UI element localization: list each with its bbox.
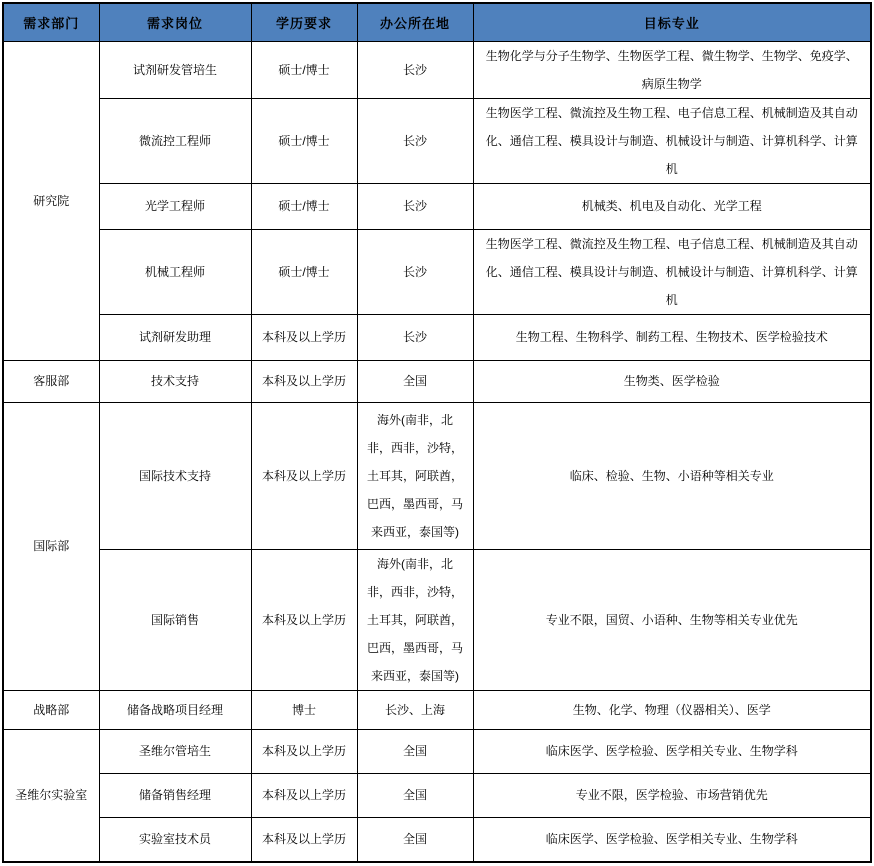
location-cell: 长沙 [357, 183, 473, 229]
location-cell: 长沙 [357, 314, 473, 360]
education-cell: 硕士/博士 [251, 41, 357, 98]
department-cell: 战略部 [3, 690, 99, 729]
location-cell: 长沙 [357, 98, 473, 183]
table-row: 圣维尔实验室圣维尔管培生本科及以上学历全国临床医学、医学检验、医学相关专业、生物… [3, 729, 871, 773]
majors-cell: 生物医学工程、微流控及生物工程、电子信息工程、机械制造及其自动化、通信工程、模具… [473, 98, 871, 183]
education-cell: 本科及以上学历 [251, 549, 357, 690]
header-row: 需求部门需求岗位学历要求办公所在地目标专业 [3, 3, 871, 41]
position-cell: 储备销售经理 [99, 773, 251, 817]
table-row: 机械工程师硕士/博士长沙生物医学工程、微流控及生物工程、电子信息工程、机械制造及… [3, 229, 871, 314]
table-row: 研究院试剂研发管培生硕士/博士长沙生物化学与分子生物学、生物医学工程、微生物学、… [3, 41, 871, 98]
department-cell: 圣维尔实验室 [3, 729, 99, 862]
table-row: 储备销售经理本科及以上学历全国专业不限，医学检验、市场营销优先 [3, 773, 871, 817]
location-cell: 海外(南非，北非，西非，沙特，土耳其，阿联酋，巴西，墨西哥，马来西亚，泰国等) [357, 402, 473, 549]
table-row: 国际销售本科及以上学历海外(南非，北非，西非，沙特，土耳其，阿联酋，巴西，墨西哥… [3, 549, 871, 690]
position-cell: 微流控工程师 [99, 98, 251, 183]
table-row: 战略部储备战略项目经理博士长沙、上海生物、化学、物理（仪器相关）、医学 [3, 690, 871, 729]
education-cell: 硕士/博士 [251, 229, 357, 314]
department-cell: 客服部 [3, 360, 99, 402]
position-cell: 机械工程师 [99, 229, 251, 314]
location-cell: 全国 [357, 817, 473, 862]
position-cell: 国际技术支持 [99, 402, 251, 549]
position-cell: 光学工程师 [99, 183, 251, 229]
department-cell: 研究院 [3, 41, 99, 360]
majors-cell: 机械类、机电及自动化、光学工程 [473, 183, 871, 229]
page: 需求部门需求岗位学历要求办公所在地目标专业 研究院试剂研发管培生硕士/博士长沙生… [0, 0, 874, 866]
header-cell-position: 需求岗位 [99, 3, 251, 41]
education-cell: 本科及以上学历 [251, 402, 357, 549]
education-cell: 硕士/博士 [251, 183, 357, 229]
majors-cell: 生物化学与分子生物学、生物医学工程、微生物学、生物学、免疫学、病原生物学 [473, 41, 871, 98]
majors-cell: 临床医学、医学检验、医学相关专业、生物学科 [473, 817, 871, 862]
location-cell: 全国 [357, 773, 473, 817]
location-cell: 长沙 [357, 229, 473, 314]
education-cell: 博士 [251, 690, 357, 729]
education-cell: 硕士/博士 [251, 98, 357, 183]
education-cell: 本科及以上学历 [251, 314, 357, 360]
header-cell-location: 办公所在地 [357, 3, 473, 41]
majors-cell: 生物类、医学检验 [473, 360, 871, 402]
table-row: 实验室技术员本科及以上学历全国临床医学、医学检验、医学相关专业、生物学科 [3, 817, 871, 862]
position-cell: 试剂研发助理 [99, 314, 251, 360]
location-cell: 长沙 [357, 41, 473, 98]
position-cell: 实验室技术员 [99, 817, 251, 862]
table-header: 需求部门需求岗位学历要求办公所在地目标专业 [3, 3, 871, 41]
location-cell: 全国 [357, 729, 473, 773]
position-cell: 试剂研发管培生 [99, 41, 251, 98]
header-cell-department: 需求部门 [3, 3, 99, 41]
position-cell: 圣维尔管培生 [99, 729, 251, 773]
table-row: 光学工程师硕士/博士长沙机械类、机电及自动化、光学工程 [3, 183, 871, 229]
table-row: 国际部国际技术支持本科及以上学历海外(南非，北非，西非，沙特，土耳其，阿联酋，巴… [3, 402, 871, 549]
position-cell: 储备战略项目经理 [99, 690, 251, 729]
majors-cell: 临床、检验、生物、小语种等相关专业 [473, 402, 871, 549]
location-cell: 长沙、上海 [357, 690, 473, 729]
position-cell: 技术支持 [99, 360, 251, 402]
majors-cell: 生物医学工程、微流控及生物工程、电子信息工程、机械制造及其自动化、通信工程、模具… [473, 229, 871, 314]
department-cell: 国际部 [3, 402, 99, 690]
education-cell: 本科及以上学历 [251, 729, 357, 773]
majors-cell: 专业不限，国贸、小语种、生物等相关专业优先 [473, 549, 871, 690]
majors-cell: 专业不限，医学检验、市场营销优先 [473, 773, 871, 817]
location-cell: 海外(南非，北非，西非，沙特，土耳其，阿联酋，巴西，墨西哥，马来西亚，泰国等) [357, 549, 473, 690]
education-cell: 本科及以上学历 [251, 817, 357, 862]
table-body: 研究院试剂研发管培生硕士/博士长沙生物化学与分子生物学、生物医学工程、微生物学、… [3, 41, 871, 862]
position-cell: 国际销售 [99, 549, 251, 690]
recruitment-table: 需求部门需求岗位学历要求办公所在地目标专业 研究院试剂研发管培生硕士/博士长沙生… [2, 2, 872, 863]
table-row: 微流控工程师硕士/博士长沙生物医学工程、微流控及生物工程、电子信息工程、机械制造… [3, 98, 871, 183]
majors-cell: 临床医学、医学检验、医学相关专业、生物学科 [473, 729, 871, 773]
education-cell: 本科及以上学历 [251, 360, 357, 402]
header-cell-education: 学历要求 [251, 3, 357, 41]
table-row: 试剂研发助理本科及以上学历长沙生物工程、生物科学、制药工程、生物技术、医学检验技… [3, 314, 871, 360]
table-row: 客服部技术支持本科及以上学历全国生物类、医学检验 [3, 360, 871, 402]
majors-cell: 生物、化学、物理（仪器相关）、医学 [473, 690, 871, 729]
education-cell: 本科及以上学历 [251, 773, 357, 817]
majors-cell: 生物工程、生物科学、制药工程、生物技术、医学检验技术 [473, 314, 871, 360]
location-cell: 全国 [357, 360, 473, 402]
header-cell-majors: 目标专业 [473, 3, 871, 41]
